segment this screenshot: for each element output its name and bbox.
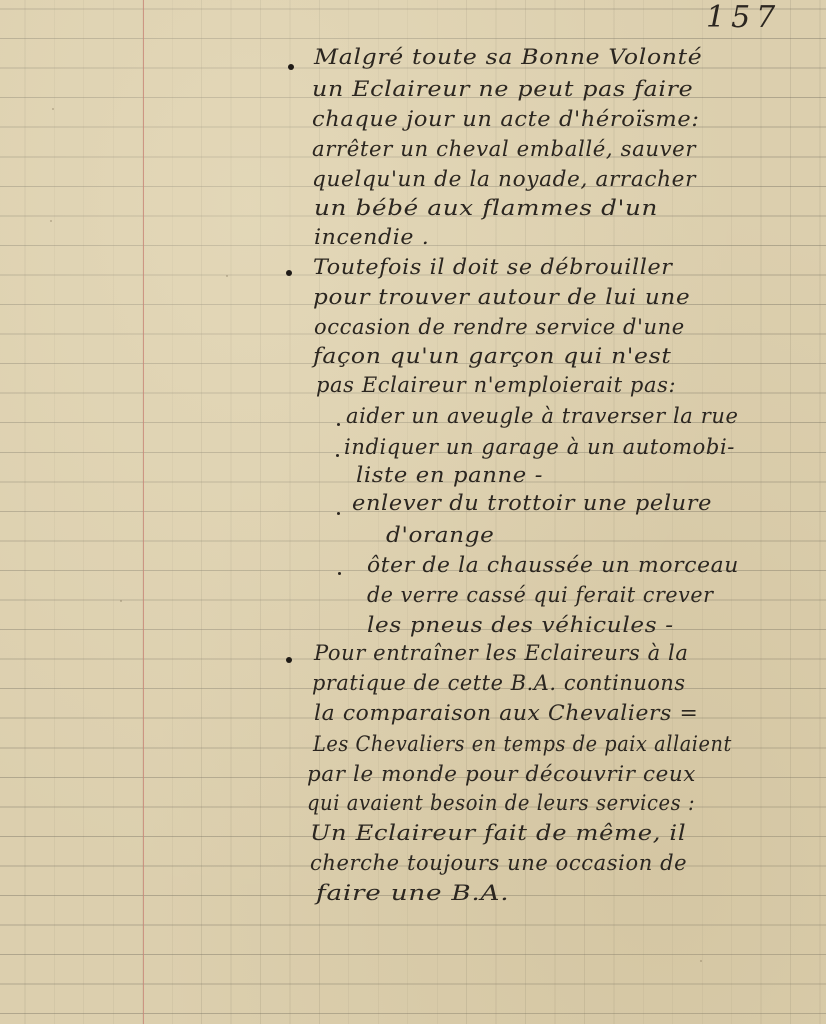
text-line: incendie . bbox=[314, 224, 429, 250]
paper-speck bbox=[700, 960, 702, 962]
paper-speck bbox=[120, 600, 122, 602]
text-line: aider un aveugle à traverser la rue bbox=[346, 403, 739, 429]
text-line: d'orange bbox=[386, 522, 494, 548]
text-line: liste en panne - bbox=[356, 462, 543, 488]
red-margin-line bbox=[143, 0, 144, 1024]
sub-bullet-icon bbox=[338, 572, 341, 575]
text-line: Un Eclaireur fait de même, il bbox=[310, 820, 686, 846]
text-line: pratique de cette B.A. continuons bbox=[312, 670, 686, 696]
text-line: arrêter un cheval emballé, sauver bbox=[312, 136, 696, 162]
text-line: façon qu'un garçon qui n'est bbox=[313, 343, 671, 369]
text-line: les pneus des véhicules - bbox=[367, 612, 674, 638]
text-line: par le monde pour découvrir ceux bbox=[307, 761, 696, 787]
text-line: Pour entraîner les Eclaireurs à la bbox=[314, 640, 688, 666]
sub-bullet-icon bbox=[337, 512, 340, 515]
sub-bullet-icon bbox=[336, 454, 339, 457]
text-line: de verre cassé qui ferait crever bbox=[367, 582, 714, 608]
text-line: enlever du trottoir une pelure bbox=[352, 490, 712, 516]
paper-speck bbox=[50, 220, 52, 222]
text-line: un Eclaireur ne peut pas faire bbox=[312, 76, 693, 102]
text-line: quelqu'un de la noyade, arracher bbox=[312, 166, 696, 192]
text-line: pas Eclaireur n'emploierait pas: bbox=[316, 372, 676, 398]
text-line: indiquer un garage à un automobi- bbox=[344, 434, 735, 460]
text-line: faire une B.A. bbox=[316, 880, 509, 906]
bullet-icon bbox=[286, 270, 292, 276]
text-line: cherche toujours une occasion de bbox=[310, 850, 687, 876]
bullet-icon bbox=[288, 64, 294, 70]
text-line: pour trouver autour de lui une bbox=[313, 284, 690, 310]
text-line: ôter de la chaussée un morceau bbox=[367, 552, 739, 578]
sub-bullet-icon bbox=[337, 423, 340, 426]
notebook-page: 157 Malgré toute sa Bonne Volonté un Ecl… bbox=[0, 0, 826, 1024]
text-line: la comparaison aux Chevaliers = bbox=[314, 700, 698, 726]
text-line: occasion de rendre service d'une bbox=[314, 314, 685, 340]
text-line: un bébé aux flammes d'un bbox=[314, 195, 658, 221]
bullet-icon bbox=[286, 657, 292, 663]
text-line: Malgré toute sa Bonne Volonté bbox=[314, 44, 702, 70]
text-line: Les Chevaliers en temps de paix allaient bbox=[313, 731, 732, 757]
page-number: 157 bbox=[706, 0, 781, 35]
text-line: Toutefois il doit se débrouiller bbox=[313, 254, 673, 280]
text-line: qui avaient besoin de leurs services : bbox=[307, 790, 695, 816]
text-line: chaque jour un acte d'héroïsme: bbox=[312, 106, 700, 132]
paper-speck bbox=[226, 275, 228, 277]
paper-speck bbox=[52, 108, 54, 110]
